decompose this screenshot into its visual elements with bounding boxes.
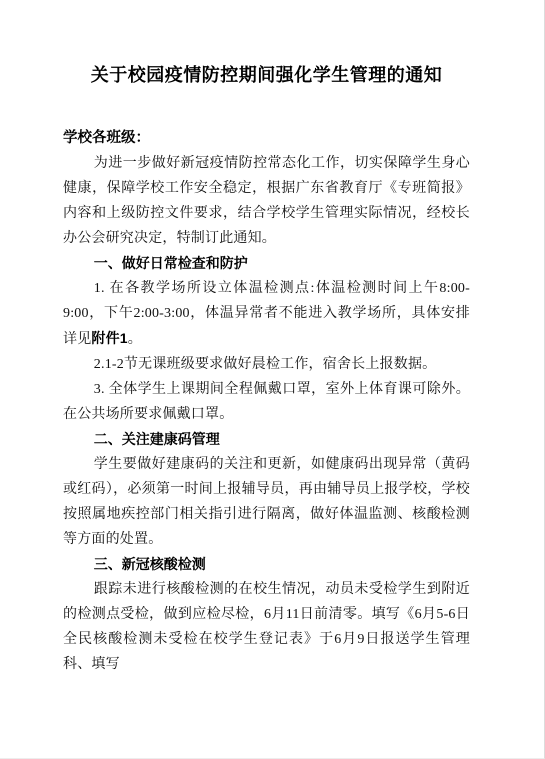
section-3-heading: 三、新冠核酸检测 [63,552,470,577]
section-1-item-1-period: 。 [128,332,142,347]
document-content: 关于校园疫情防控期间强化学生管理的通知 学校各班级： 为进一步做好新冠疫情防控常… [0,0,544,677]
section-3-paragraph: 跟踪未进行核酸检测的在校生情况，动员未受检学生到附近的检测点受检，做到应检尽检，… [63,577,470,677]
section-2-paragraph: 学生要做好建康码的关注和更新，如健康码出现异常（黄码或红码），必须第一时间上报辅… [63,452,470,552]
section-1-heading: 一、做好日常检查和防护 [63,251,470,276]
salutation: 学校各班级： [63,126,470,151]
section-1-item-1: 1. 在各教学场所设立体温检测点:体温检测时间上午8:00-9:00，下午2:0… [63,276,470,352]
section-1-item-2: 2.1-2节无课班级要求做好晨检工作，宿舍长上报数据。 [63,352,470,377]
section-1-item-3: 3. 全体学生上课期间全程佩戴口罩，室外上体育课可除外。在公共场所要求佩戴口罩。 [63,377,470,427]
intro-paragraph: 为进一步做好新冠疫情防控常态化工作，切实保障学生身心健康，保障学校工作安全稳定，… [63,151,470,251]
attachment-1-reference: 附件1 [91,330,127,346]
document-page: 关于校园疫情防控期间强化学生管理的通知 学校各班级： 为进一步做好新冠疫情防控常… [0,0,545,759]
section-2-heading: 二、关注建康码管理 [63,427,470,452]
document-title: 关于校园疫情防控期间强化学生管理的通知 [63,62,470,88]
